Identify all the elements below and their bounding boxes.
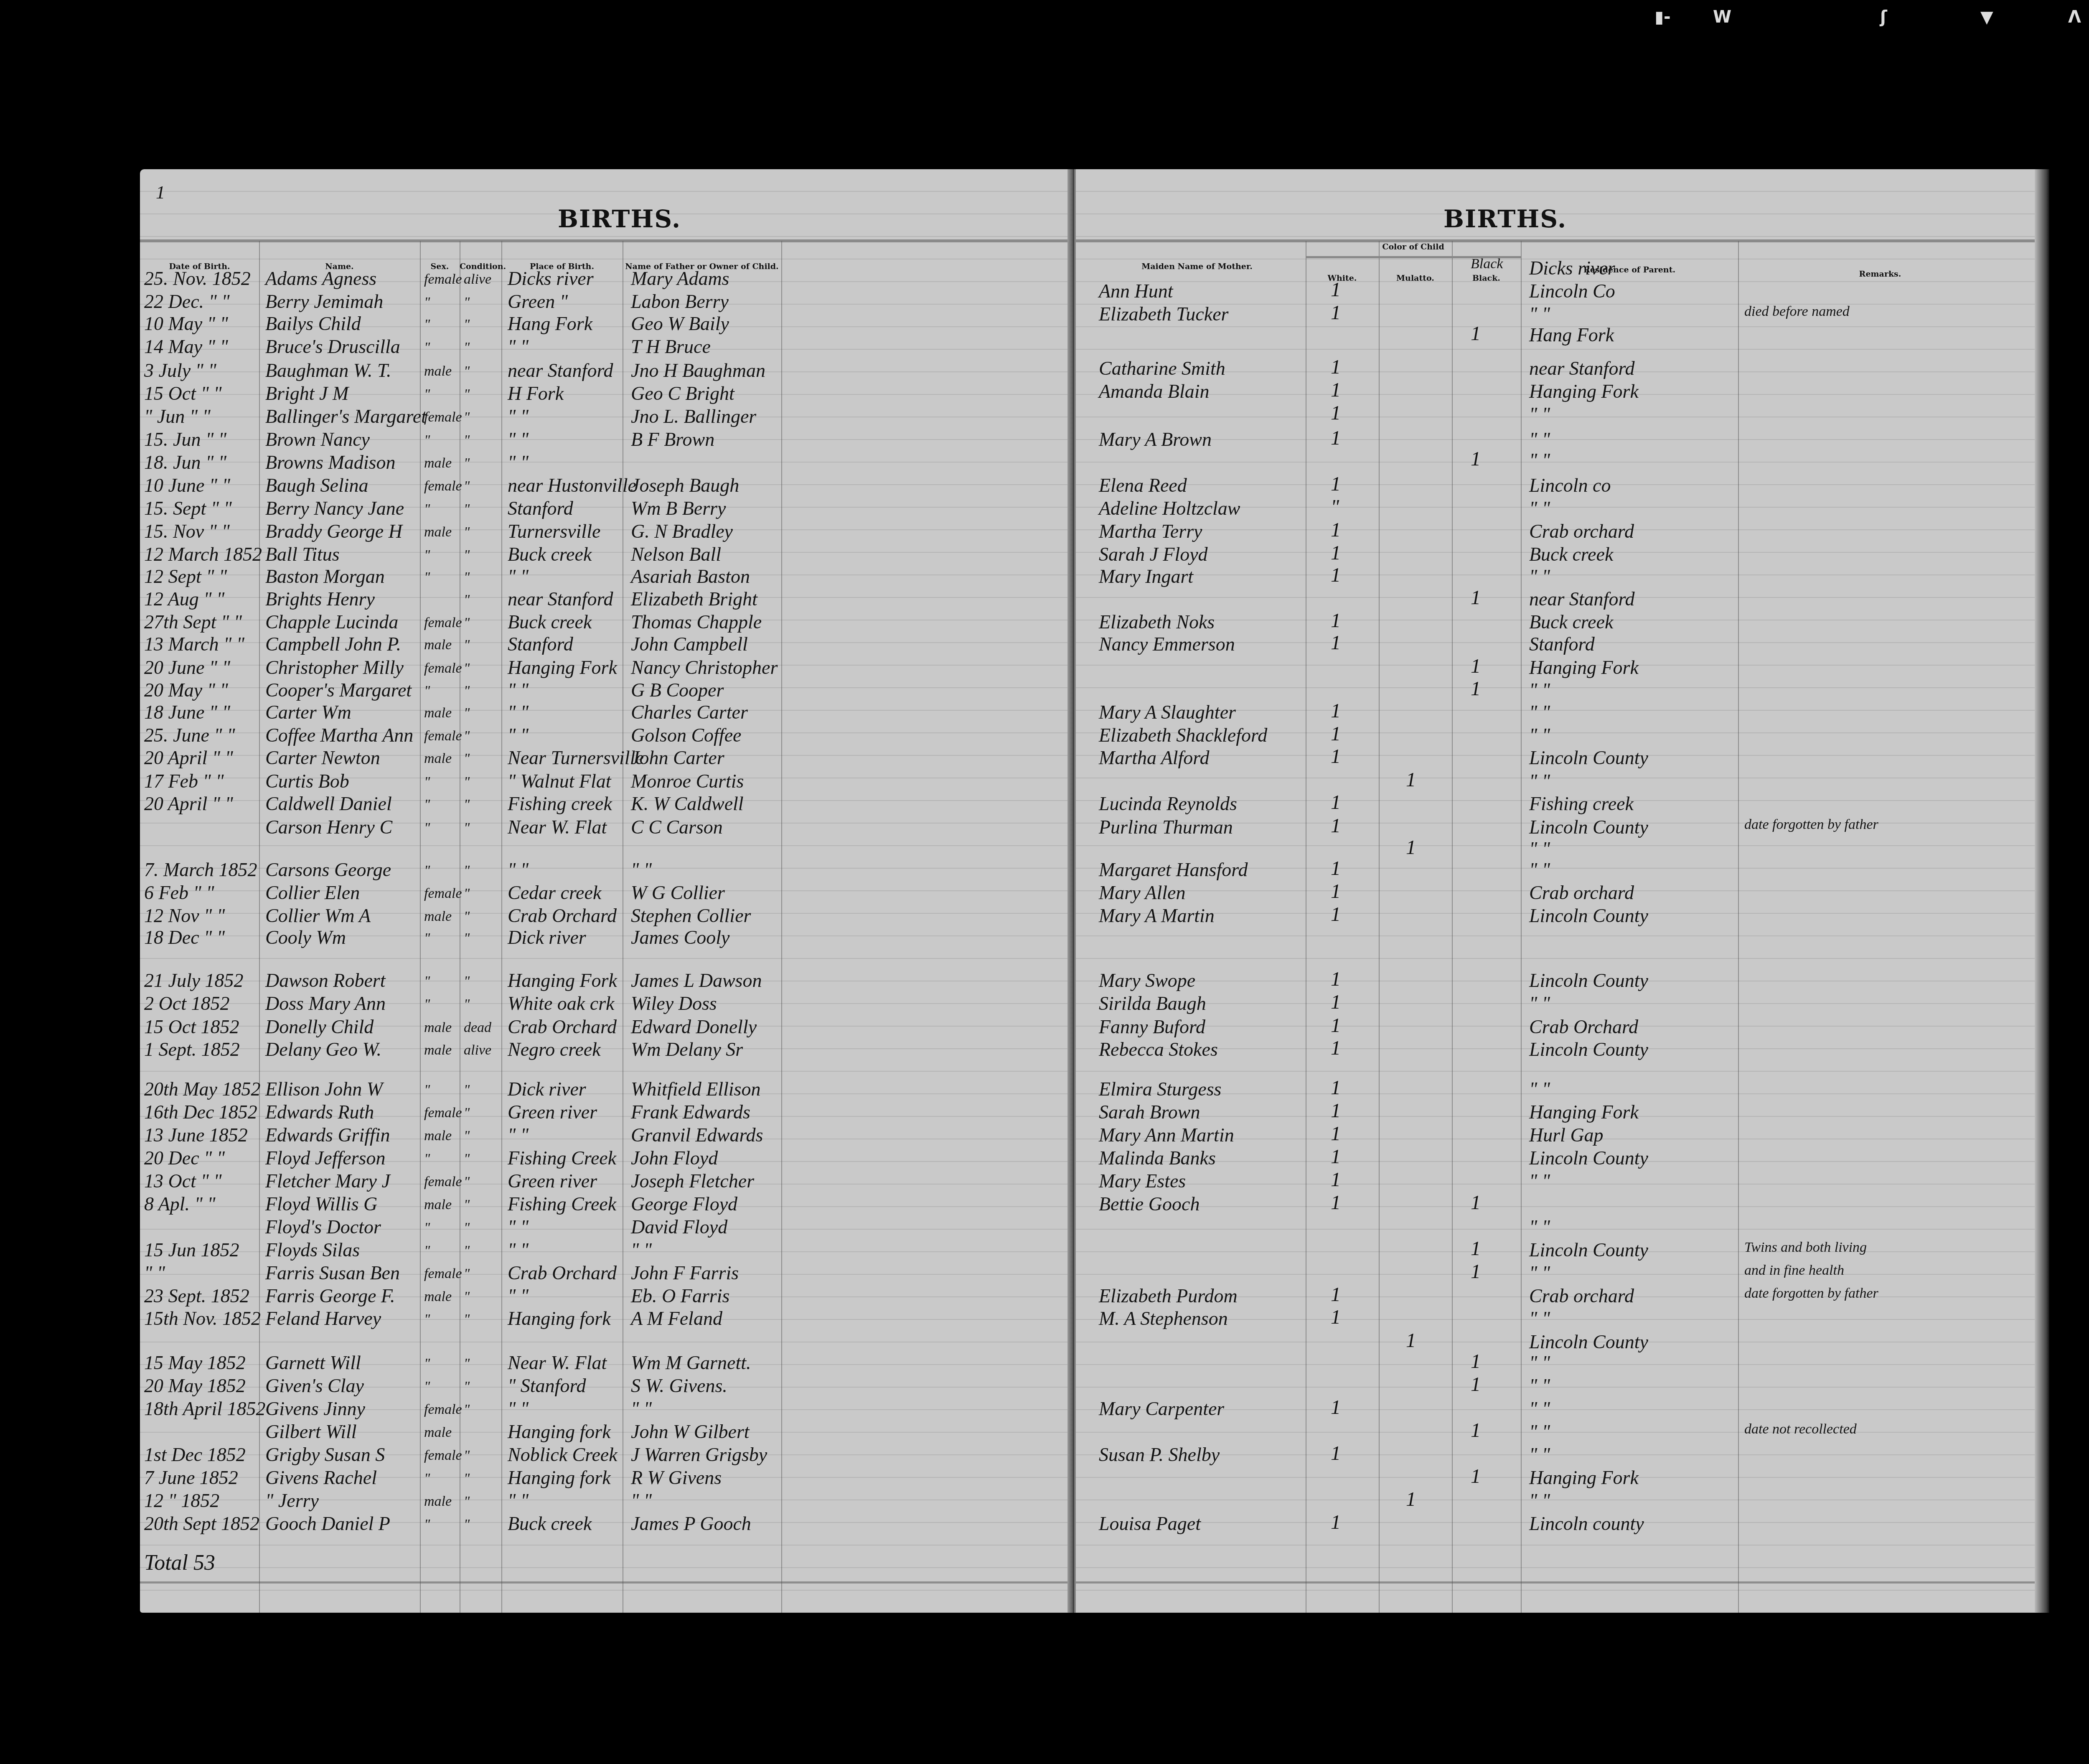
entry-place: Noblick Creek [508, 1445, 618, 1464]
entry-condition: " [464, 775, 470, 789]
entry-date: 18. Jun " " [144, 453, 226, 472]
entry-date: 15. Nov " " [144, 522, 230, 541]
entry-father: Frank Edwards [631, 1103, 750, 1122]
entry-sex: female [424, 1267, 462, 1281]
entry-name: Gilbert Will [265, 1422, 357, 1441]
color-tally-black: 1 [1471, 1352, 1481, 1372]
bottom-rule [140, 1581, 1070, 1584]
column-header: Condition. [460, 262, 501, 271]
entry-father: C C Carson [631, 818, 723, 837]
entry-name: Baughman W. T. [265, 361, 391, 380]
entry-date: 8 Apl. " " [144, 1195, 216, 1214]
entry-place: Fishing creek [508, 794, 612, 813]
entry-residence: " " [1529, 1172, 1550, 1191]
color-tally-white: 1 [1331, 724, 1341, 744]
entry-residence: Fishing creek [1529, 794, 1634, 813]
entry-place: Buck creek [508, 613, 592, 632]
column-header: Maiden Name of Mother. [1088, 262, 1306, 271]
entry-date: 20 May " " [144, 681, 228, 700]
entry-place: Negro creek [508, 1040, 601, 1059]
entry-name: Farris George F. [265, 1286, 395, 1306]
entry-date: 6 Feb " " [144, 883, 214, 902]
entry-name: Browns Madison [265, 453, 395, 472]
color-tally-white: 1 [1331, 1147, 1341, 1167]
entry-residence: Hurl Gap [1529, 1126, 1604, 1145]
entry-date: 7. March 1852 [144, 860, 257, 879]
entry-father: J Warren Grigsby [631, 1445, 767, 1464]
entry-condition: " [464, 1472, 470, 1486]
entry-residence: " " [1529, 994, 1550, 1013]
entry-residence: " " [1529, 1445, 1550, 1464]
entry-residence: Dicks river [1529, 259, 1615, 278]
entry-place: Crab Orchard [508, 1017, 617, 1037]
entry-date: 20th May 1852 [144, 1080, 261, 1099]
color-tally-white: 1 [1331, 992, 1341, 1012]
entry-condition: " [464, 1129, 470, 1143]
entry-sex: " [424, 1472, 430, 1486]
entry-date: 13 June 1852 [144, 1126, 248, 1145]
entry-place: Cedar creek [508, 883, 601, 902]
entry-sex: female [424, 887, 462, 901]
entry-residence: Crab orchard [1529, 883, 1634, 902]
entry-name: Brights Henry [265, 590, 375, 609]
entry-residence: Lincoln County [1529, 1040, 1648, 1059]
entry-residence: " " [1529, 451, 1550, 470]
entry-sex: male [424, 752, 452, 766]
entry-sex: male [424, 1426, 452, 1440]
entry-father: G B Cooper [631, 681, 724, 700]
entry-condition: " [464, 706, 470, 720]
entry-place: Stanford [508, 635, 573, 654]
color-tally-white: 1 [1331, 428, 1341, 448]
entry-place: " " [508, 860, 529, 879]
entry-place: Hanging Fork [508, 658, 617, 677]
color-tally-mulatto: 1 [1406, 838, 1416, 858]
entry-condition: " [464, 387, 470, 402]
entry-residence: " " [1529, 772, 1550, 791]
entry-sex: " [424, 864, 430, 878]
entry-name: Floyd Willis G [265, 1195, 377, 1214]
entry-residence: Lincoln county [1529, 1514, 1644, 1533]
entry-condition: " [464, 638, 470, 652]
entry-place: Dick river [508, 1080, 586, 1099]
entry-mother: Elena Reed [1099, 476, 1187, 495]
entry-name: Berry Nancy Jane [265, 499, 404, 518]
entry-condition: " [464, 502, 470, 516]
color-tally-white: 1 [1331, 1038, 1341, 1058]
entry-date: 12 " 1852 [144, 1491, 219, 1510]
entry-sex: " [424, 1152, 430, 1166]
entry-condition: " [464, 1290, 470, 1304]
entry-sex: male [424, 706, 452, 720]
entry-place: Near Turnersville [508, 748, 644, 768]
entry-date: 12 Sept " " [144, 567, 227, 586]
entry-place: Dicks river [508, 269, 594, 288]
entry-place: near Hustonville [508, 476, 636, 495]
entry-date: 20 May 1852 [144, 1376, 246, 1395]
entry-name: Doss Mary Ann [265, 994, 386, 1013]
entry-name: Baugh Selina [265, 476, 368, 495]
entry-sex: female [424, 479, 462, 493]
frame-mark: ▮- [1654, 8, 1671, 27]
entry-date: 21 July 1852 [144, 971, 244, 990]
entry-father: Stephen Collier [631, 906, 751, 925]
entry-sex: female [424, 410, 462, 424]
color-tally-white: 1 [1331, 474, 1341, 494]
entry-date: 16th Dec 1852 [144, 1103, 257, 1122]
entry-place: near Stanford [508, 590, 613, 609]
entry-name: Grigby Susan S [265, 1445, 385, 1464]
entry-residence: " " [1529, 1399, 1550, 1418]
color-tally-white: 1 [1331, 1512, 1341, 1533]
entry-father: Geo C Bright [631, 384, 734, 403]
entry-name: Delany Geo W. [265, 1040, 381, 1059]
entry-name: Ellison John W [265, 1080, 383, 1099]
header-rule [1076, 239, 2049, 242]
entry-mother: Mary A Slaughter [1099, 703, 1236, 722]
entry-residence: " " [1529, 1353, 1550, 1373]
entry-mother: Mary Ingart [1099, 567, 1193, 586]
entry-father: Wiley Doss [631, 994, 717, 1013]
color-tally-white: " [1331, 497, 1339, 517]
frame-mark: ʃ [1880, 8, 1887, 27]
entry-name: Bright J M [265, 384, 348, 403]
entry-residence: " " [1529, 703, 1550, 722]
entry-residence: " " [1529, 1309, 1550, 1328]
color-tally-white: 1 [1331, 543, 1341, 563]
entry-sex: " [424, 387, 430, 402]
entry-father: Eb. O Farris [631, 1286, 729, 1306]
right-register-page: BIRTHS. Maiden Name of Mother.Color of C… [1076, 169, 2049, 1613]
entry-residence: near Stanford [1529, 590, 1635, 609]
entry-sex: " [424, 548, 430, 562]
color-tally-white: 1 [1331, 882, 1341, 902]
entry-father: Wm Delany Sr [631, 1040, 743, 1059]
entry-father: Asariah Baston [631, 567, 750, 586]
color-tally-white: 1 [1331, 380, 1341, 400]
column-header: Mulatto. [1379, 274, 1452, 283]
entry-date: 1st Dec 1852 [144, 1445, 246, 1464]
entry-condition: " [464, 1403, 470, 1417]
entry-residence: Crab Orchard [1529, 1017, 1638, 1037]
color-tally-mulatto: 1 [1406, 1331, 1416, 1351]
entry-mother: Nancy Emmerson [1099, 635, 1235, 654]
entry-father: Joseph Baugh [631, 476, 739, 495]
entry-date: 15 Oct 1852 [144, 1017, 239, 1037]
color-tally-white: 1 [1331, 1078, 1341, 1098]
page-title: BIRTHS. [558, 205, 681, 233]
entry-remarks: date forgotten by father [1744, 818, 1878, 832]
entry-residence: near Stanford [1529, 359, 1635, 378]
column-header: White. [1306, 274, 1379, 283]
entry-sex: female [424, 616, 462, 630]
entry-residence: Hanging Fork [1529, 382, 1639, 401]
page-title: BIRTHS. [1443, 205, 1567, 233]
entry-remarks: Twins and both living [1744, 1240, 1867, 1255]
entry-father: John Floyd [631, 1149, 718, 1168]
entry-mother: Mary Allen [1099, 883, 1185, 902]
entry-name: Floyds Silas [265, 1240, 360, 1260]
entry-mother: Rebecca Stokes [1099, 1040, 1218, 1059]
entry-father: A M Feland [631, 1309, 722, 1328]
entry-mother: Sarah Brown [1099, 1103, 1200, 1122]
entry-residence: " " [1529, 1080, 1550, 1099]
entry-residence: " " [1529, 839, 1550, 859]
entry-condition: " [464, 821, 470, 835]
total-count: Total 53 [144, 1550, 215, 1575]
entry-sex: male [424, 456, 452, 470]
entry-remarks: date forgotten by father [1744, 1286, 1878, 1301]
entry-condition: " [464, 887, 470, 901]
entry-residence: Lincoln Co [1529, 282, 1615, 301]
entry-date: 7 June 1852 [144, 1468, 238, 1487]
entry-place: White oak crk [508, 994, 614, 1013]
entry-father: K. W Caldwell [631, 794, 744, 813]
entry-father: Wm B Berry [631, 499, 726, 518]
color-tally-black: 1 [1471, 449, 1481, 469]
entry-father: W G Collier [631, 883, 725, 902]
color-tally-black: 1 [1471, 656, 1481, 676]
color-tally-white: 1 [1331, 565, 1341, 585]
entry-date: 2 Oct 1852 [144, 994, 229, 1013]
entry-father: " " [631, 1240, 652, 1260]
entry-residence: Lincoln County [1529, 748, 1648, 768]
entry-sex: " [424, 1221, 430, 1235]
entry-residence: Crab orchard [1529, 1286, 1634, 1306]
entry-name: Baston Morgan [265, 567, 385, 586]
entry-father: Jno H Baughman [631, 361, 765, 380]
entry-sex: female [424, 1106, 462, 1120]
entry-name: Ballinger's Margaret [265, 407, 427, 426]
entry-father: James L Dawson [631, 971, 762, 990]
column-divider [501, 241, 502, 1613]
entry-condition: " [464, 1517, 470, 1532]
entry-name: Garnett Will [265, 1353, 361, 1373]
entry-condition: " [464, 1380, 470, 1394]
entry-mother: Elizabeth Shackleford [1099, 726, 1267, 745]
entry-condition: " [464, 1083, 470, 1097]
entry-condition: " [464, 752, 470, 766]
entry-condition: alive [464, 1043, 491, 1057]
entry-sex: female [424, 1175, 462, 1189]
column-header: Remarks. [1738, 269, 2022, 279]
entry-place: Hanging fork [508, 1468, 611, 1487]
entry-condition: " [464, 1244, 470, 1258]
entry-mother: Elizabeth Noks [1099, 613, 1215, 632]
entry-residence: " " [1529, 1263, 1550, 1283]
page-number: 1 [156, 182, 165, 203]
entry-residence: Lincoln County [1529, 1332, 1648, 1352]
entry-condition: " [464, 684, 470, 698]
entry-sex: " [424, 997, 430, 1012]
entry-mother: Mary Ann Martin [1099, 1126, 1234, 1145]
entry-mother: Purlina Thurman [1099, 818, 1233, 837]
entry-date: 15 Oct " " [144, 384, 222, 403]
entry-sex: " [424, 931, 430, 946]
entry-name: Berry Jemimah [265, 292, 383, 311]
entry-father: R W Givens [631, 1468, 722, 1487]
entry-date: 15 Jun 1852 [144, 1240, 239, 1260]
color-tally-white: 1 [1331, 859, 1341, 879]
entry-condition: " [464, 974, 470, 989]
entry-residence: " " [1529, 860, 1550, 879]
entry-date: 18 Dec " " [144, 928, 225, 947]
entry-residence: Hanging Fork [1529, 1468, 1639, 1487]
entry-sex: female [424, 1403, 462, 1417]
column-divider [1379, 241, 1380, 1613]
entry-mother: Susan P. Shelby [1099, 1445, 1220, 1464]
entry-name: Gooch Daniel P [265, 1514, 390, 1533]
entry-condition: " [464, 729, 470, 743]
entry-place: " " [508, 1286, 529, 1306]
entry-sex: " [424, 318, 430, 332]
bottom-rule [1076, 1581, 2049, 1584]
entry-name: Donelly Child [265, 1017, 374, 1037]
entry-father: Nelson Ball [631, 545, 721, 564]
entry-condition: " [464, 364, 470, 379]
entry-condition: " [464, 1175, 470, 1189]
entry-name: Givens Rachel [265, 1468, 377, 1487]
entry-date: 20 Dec " " [144, 1149, 225, 1168]
entry-father: Thomas Chapple [631, 613, 762, 632]
entry-residence: Crab orchard [1529, 522, 1634, 541]
entry-date: 15 May 1852 [144, 1353, 246, 1373]
entry-sex: male [424, 364, 452, 379]
entry-father: John W Gilbert [631, 1422, 750, 1441]
column-divider [420, 241, 421, 1613]
entry-place: Hang Fork [508, 314, 592, 333]
color-tally-black: 1 [1471, 1421, 1481, 1441]
entry-place: Stanford [508, 499, 573, 518]
entry-name: Collier Elen [265, 883, 360, 902]
entry-name: Campbell John P. [265, 635, 401, 654]
entry-mother: Bettie Gooch [1099, 1195, 1200, 1214]
color-tally-white: 1 [1331, 611, 1341, 631]
column-divider [623, 241, 623, 1613]
entry-condition: " [464, 318, 470, 332]
entry-date: 27th Sept " " [144, 613, 242, 632]
entry-place: " " [508, 453, 529, 472]
entry-name: Fletcher Mary J [265, 1172, 390, 1191]
entry-place: " " [508, 681, 529, 700]
entry-condition: " [464, 1495, 470, 1509]
entry-name: Braddy George H [265, 522, 402, 541]
entry-date: 20th Sept 1852 [144, 1514, 259, 1533]
entry-sex: " [424, 1380, 430, 1394]
entry-residence: Hang Fork [1529, 325, 1614, 345]
entry-place: Hanging fork [508, 1309, 611, 1328]
entry-sex: " [424, 295, 430, 310]
entry-mother: Mary A Martin [1099, 906, 1215, 925]
entry-father: George Floyd [631, 1195, 737, 1214]
entry-father: Nancy Christopher [631, 658, 778, 677]
entry-condition: " [464, 931, 470, 946]
entry-date: 18 June " " [144, 703, 230, 722]
color-tally-white: 1 [1331, 633, 1341, 653]
entry-remarks: died before named [1744, 305, 1850, 319]
entry-name: Carter Wm [265, 703, 351, 722]
color-tally-white: 1 [1331, 1193, 1341, 1213]
entry-name: Farris Susan Ben [265, 1263, 400, 1283]
entry-name: Dawson Robert [265, 971, 386, 990]
entry-mother: Fanny Buford [1099, 1017, 1205, 1037]
entry-date: 25. Nov. 1852 [144, 269, 251, 288]
entry-residence: Lincoln co [1529, 476, 1611, 495]
entry-name: Floyd Jefferson [265, 1149, 385, 1168]
entry-name: Christopher Milly [265, 658, 404, 677]
entry-place: " " [508, 337, 529, 356]
color-tally-white: 1 [1331, 747, 1341, 767]
entry-place: " " [508, 1218, 529, 1237]
entry-condition: " [464, 1312, 470, 1327]
entry-residence: " " [1529, 726, 1550, 745]
entry-name: Brown Nancy [265, 430, 370, 449]
entry-name: Cooper's Margaret [265, 681, 412, 700]
entry-place: " " [508, 726, 529, 745]
color-tally-white: 1 [1331, 1016, 1341, 1036]
entry-date: 15. Sept " " [144, 499, 232, 518]
entry-date: 12 Aug " " [144, 590, 224, 609]
column-header: Color of Child [1306, 242, 1521, 252]
entry-mother: Sirilda Baugh [1099, 994, 1206, 1013]
entry-mother: Mary Carpenter [1099, 1399, 1224, 1418]
entry-condition: " [464, 798, 470, 812]
entry-condition: " [464, 997, 470, 1012]
color-tally-white: 1 [1331, 969, 1341, 989]
entry-date: 10 June " " [144, 476, 230, 495]
entry-place: Fishing Creek [508, 1195, 616, 1214]
entry-place: Green river [508, 1172, 597, 1191]
entry-residence: Hanging Fork [1529, 658, 1639, 677]
entry-residence: " " [1529, 1491, 1550, 1510]
color-tally-white: 1 [1331, 1170, 1341, 1190]
color-tally-mulatto: 1 [1406, 1489, 1416, 1510]
entry-father: Charles Carter [631, 703, 748, 722]
entry-place: Green river [508, 1103, 597, 1122]
entry-father: T H Bruce [631, 337, 711, 356]
entry-residence: Stanford [1529, 635, 1595, 654]
entry-mother: Lucinda Reynolds [1099, 794, 1237, 813]
entry-mother: Louisa Paget [1099, 1514, 1201, 1533]
frame-mark: W [1713, 8, 1731, 27]
entry-residence: " " [1529, 681, 1550, 700]
entry-place: Green " [508, 292, 568, 311]
entry-condition: " [464, 479, 470, 493]
entry-sex: female [424, 272, 462, 287]
entry-father: Whitfield Ellison [631, 1080, 760, 1099]
entry-name: Ball Titus [265, 545, 340, 564]
entry-mother: Catharine Smith [1099, 359, 1225, 378]
entry-father: James P Gooch [631, 1514, 751, 1533]
entry-name: Curtis Bob [265, 772, 349, 791]
entry-sex: " [424, 502, 430, 516]
entry-father: Elizabeth Bright [631, 590, 757, 609]
color-tally-black: 1 [1471, 1262, 1481, 1282]
entry-father: Joseph Fletcher [631, 1172, 754, 1191]
column-divider [1452, 241, 1453, 1613]
entry-condition: " [464, 341, 470, 355]
entry-place: " " [508, 1240, 529, 1260]
entry-sex: male [424, 1043, 452, 1057]
entry-date: 1 Sept. 1852 [144, 1040, 240, 1059]
entry-condition: " [464, 1357, 470, 1371]
color-tally-white: 1 [1331, 403, 1341, 423]
color-tally-white: 1 [1331, 1398, 1341, 1418]
entry-condition: " [464, 525, 470, 539]
color-tally-black: 1 [1471, 1375, 1481, 1395]
color-tally-white: 1 [1331, 905, 1341, 925]
entry-father: John Campbell [631, 635, 748, 654]
